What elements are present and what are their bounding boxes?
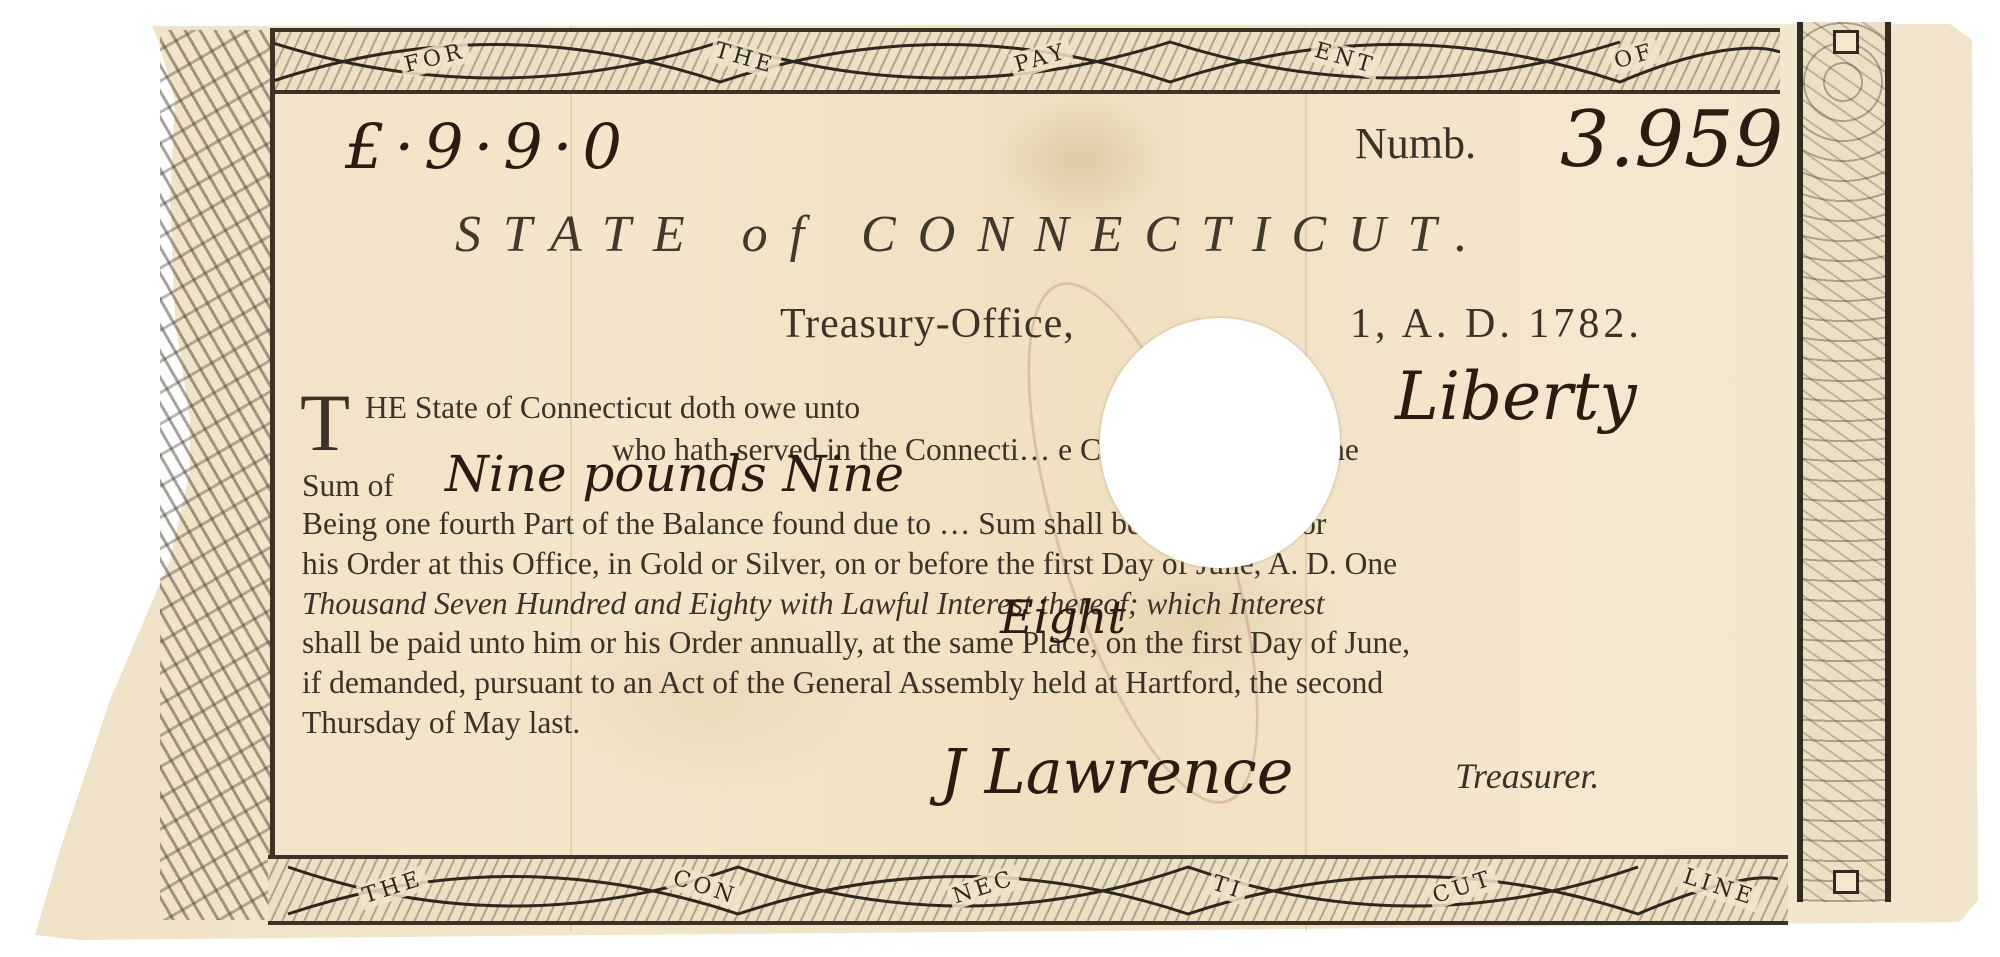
- issue-date: 1, A. D. 1782.: [1350, 300, 1643, 348]
- cancellation-punch-hole: [1100, 318, 1340, 568]
- body-line-7: shall be paid unto him or his Order annu…: [302, 625, 1410, 661]
- treasurer-title: Treasurer.: [1455, 755, 1599, 797]
- body-line-3: Sum of: [302, 468, 394, 504]
- bottom-ornamental-border: THE CON NEC TI CUT LINE: [268, 855, 1788, 925]
- handwritten-amount: £·9·9·0: [345, 110, 632, 183]
- body-line-1: HE State of Connecticut doth owe unto: [365, 390, 860, 426]
- treasury-office-label: Treasury-Office,: [780, 300, 1075, 348]
- right-ornamental-border: [1797, 22, 1891, 902]
- wave-ornament-icon: [268, 859, 1788, 921]
- drop-cap: T: [300, 382, 350, 464]
- top-ornamental-border: FOR THE PAY ENT OF: [270, 28, 1780, 94]
- corner-ornament-icon: [1833, 30, 1859, 54]
- treasurer-signature: J Lawrence: [940, 735, 1293, 808]
- number-label: Numb.: [1355, 118, 1476, 169]
- handwritten-payee: Liberty: [1395, 358, 1637, 435]
- handwritten-year: Eight: [1000, 590, 1126, 644]
- body-line-8: if demanded, pursuant to an Act of the G…: [302, 665, 1383, 701]
- body-line-6: Thousand Seven Hundred and Eighty with L…: [302, 586, 1324, 622]
- certificate-number: 3.959: [1560, 95, 1783, 185]
- body-line-9: Thursday of May last.: [302, 705, 580, 741]
- corner-ornament-icon: [1833, 870, 1859, 894]
- document-title: STATE of CONNECTICUT.: [455, 205, 1490, 264]
- handwritten-sum: Nine pounds Nine: [445, 445, 904, 503]
- left-ornamental-border: [160, 30, 275, 920]
